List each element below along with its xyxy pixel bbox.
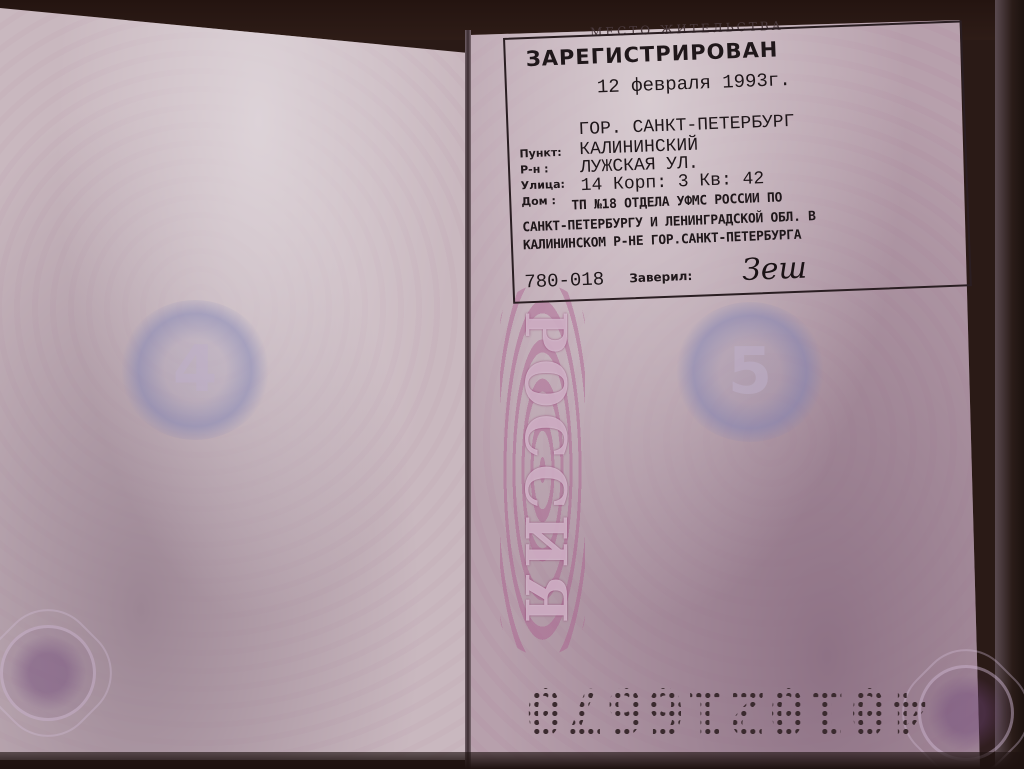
stamp-field-label-settlement: Пункт: [519, 146, 562, 161]
stamp-field-label-street: Улица: [520, 178, 565, 193]
perforated-serial-number: 4010216670 [523, 665, 993, 755]
vertical-russia-text: РОССИЯ [505, 290, 585, 650]
stamp-office-code: 780-018 [524, 268, 605, 293]
stamp-date: 12 февраля 1993г. [597, 69, 792, 98]
perforated-serial-digits: 4010216670 [523, 675, 928, 745]
rosette-ornament-icon [0, 625, 96, 721]
page-number-watermark-left: 4 [120, 300, 270, 440]
stamp-verified-label: Заверил: [629, 269, 692, 285]
passport-spine [465, 30, 471, 769]
passport-photo: 4 5 РОССИЯ МЕСТО ЖИТЕЛЬСТВА ЗАРЕГИСТРИРО… [0, 0, 1024, 769]
stamp-title: ЗАРЕГИСТРИРОВАН [525, 37, 778, 71]
vertical-russia-label: РОССИЯ [512, 311, 578, 629]
stamp-field-label-district: Р-н : [520, 162, 549, 176]
stamp-signature: Зеш [741, 251, 807, 288]
page-number-watermark-right: 5 [675, 302, 825, 442]
registration-stamp: ЗАРЕГИСТРИРОВАН 12 февраля 1993г. Пункт:… [503, 20, 972, 303]
passport-cover-edge [995, 0, 1024, 769]
stamp-field-label-house: Дом : [521, 194, 556, 208]
bottom-shadow [0, 752, 1024, 769]
